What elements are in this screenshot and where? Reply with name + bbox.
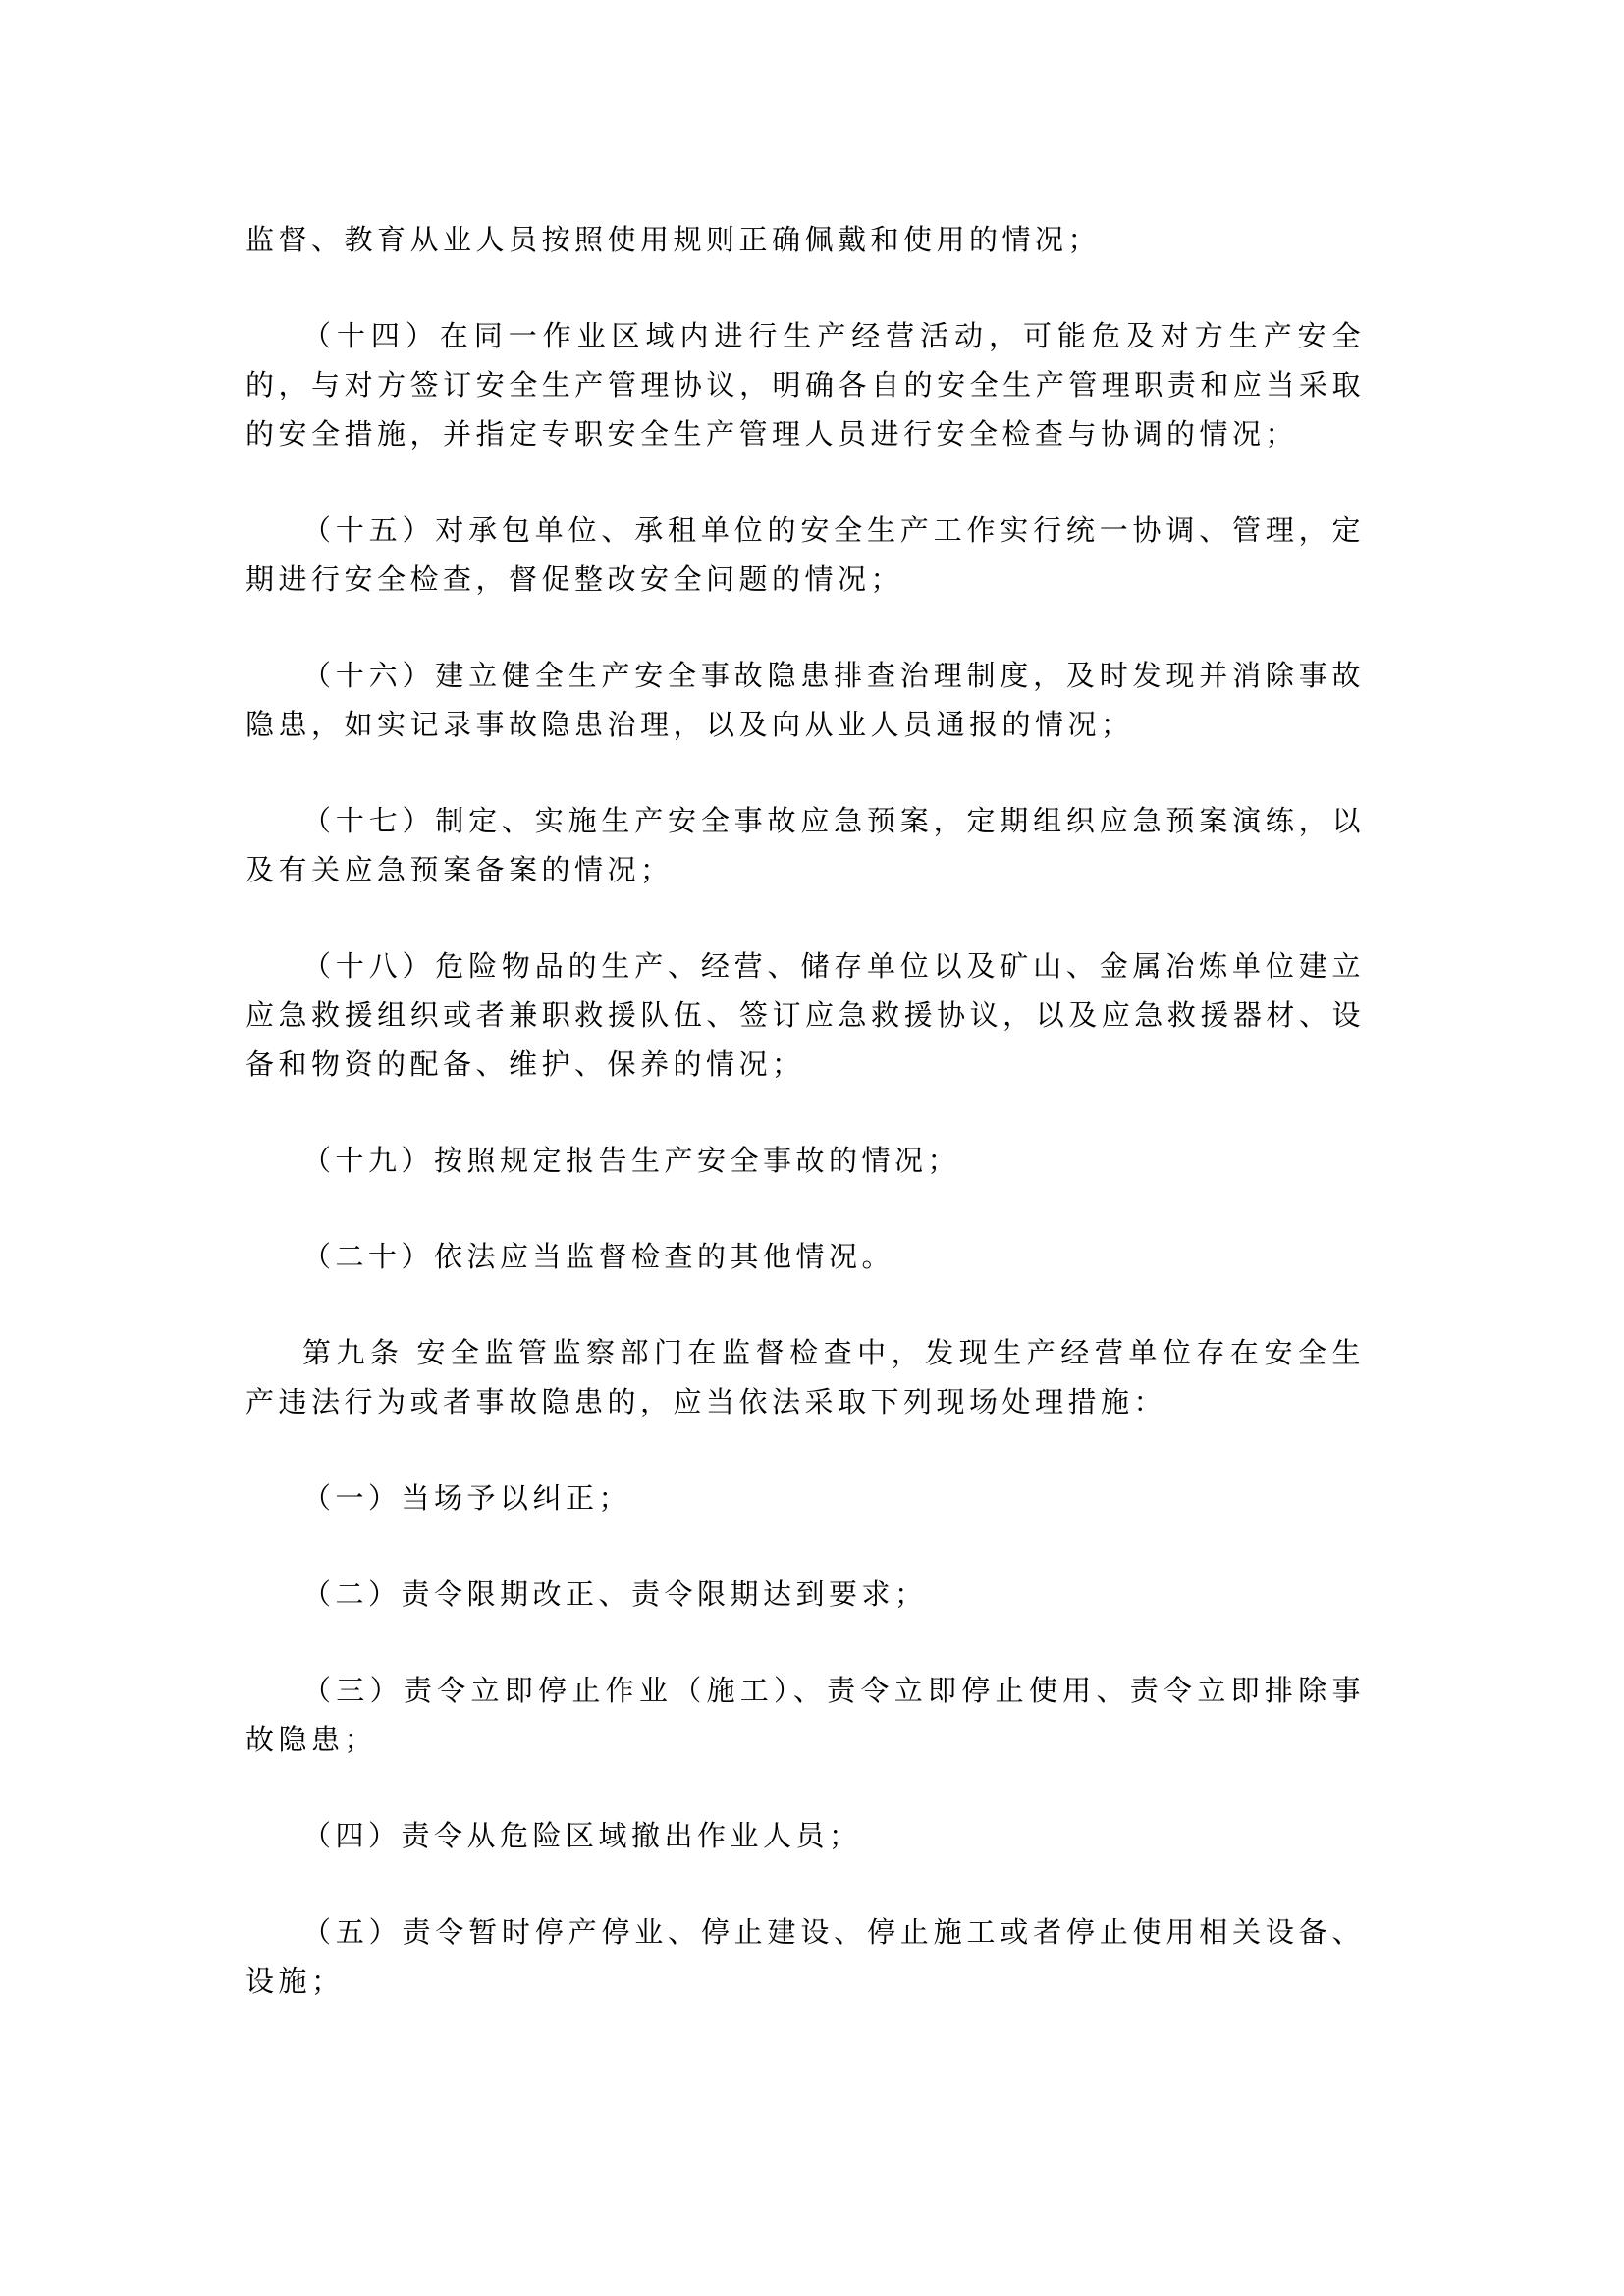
paragraph: （二）责令限期改正、责令限期达到要求； — [245, 1571, 1365, 1620]
paragraph: （四）责令从危险区域撤出作业人员； — [245, 1812, 1365, 1861]
document-page: { "page": { "background_color": "#ffffff… — [0, 0, 1624, 2296]
document-content: 监督、教育从业人员按照使用规则正确佩戴和使用的情况；（十四）在同一作业区域内进行… — [245, 216, 1365, 2006]
page: 监督、教育从业人员按照使用规则正确佩戴和使用的情况；（十四）在同一作业区域内进行… — [0, 0, 1624, 2296]
paragraph: （十八）危险物品的生产、经营、储存单位以及矿山、金属冶炼单位建立应急救援组织或者… — [245, 942, 1365, 1090]
paragraph: （三）责令立即停止作业（施工）、责令立即停止使用、责令立即排除事故隐患； — [245, 1667, 1365, 1765]
paragraph: 监督、教育从业人员按照使用规则正确佩戴和使用的情况； — [245, 216, 1365, 265]
paragraph: （五）责令暂时停产停业、停止建设、停止施工或者停止使用相关设备、设施； — [245, 1908, 1365, 2006]
paragraph: （十七）制定、实施生产安全事故应急预案，定期组织应急预案演练，以及有关应急预案备… — [245, 797, 1365, 895]
paragraph: 第九条 安全监管监察部门在监督检查中，发现生产经营单位存在安全生产违法行为或者事… — [245, 1329, 1365, 1427]
paragraph: （一）当场予以纠正； — [245, 1474, 1365, 1523]
paragraph: （十六）建立健全生产安全事故隐患排查治理制度，及时发现并消除事故隐患，如实记录事… — [245, 652, 1365, 750]
paragraph: （十五）对承包单位、承租单位的安全生产工作实行统一协调、管理，定期进行安全检查，… — [245, 507, 1365, 605]
paragraph: （十九）按照规定报告生产安全事故的情况； — [245, 1137, 1365, 1186]
paragraph: （十四）在同一作业区域内进行生产经营活动，可能危及对方生产安全的，与对方签订安全… — [245, 312, 1365, 459]
paragraph: （二十）依法应当监督检查的其他情况。 — [245, 1233, 1365, 1282]
